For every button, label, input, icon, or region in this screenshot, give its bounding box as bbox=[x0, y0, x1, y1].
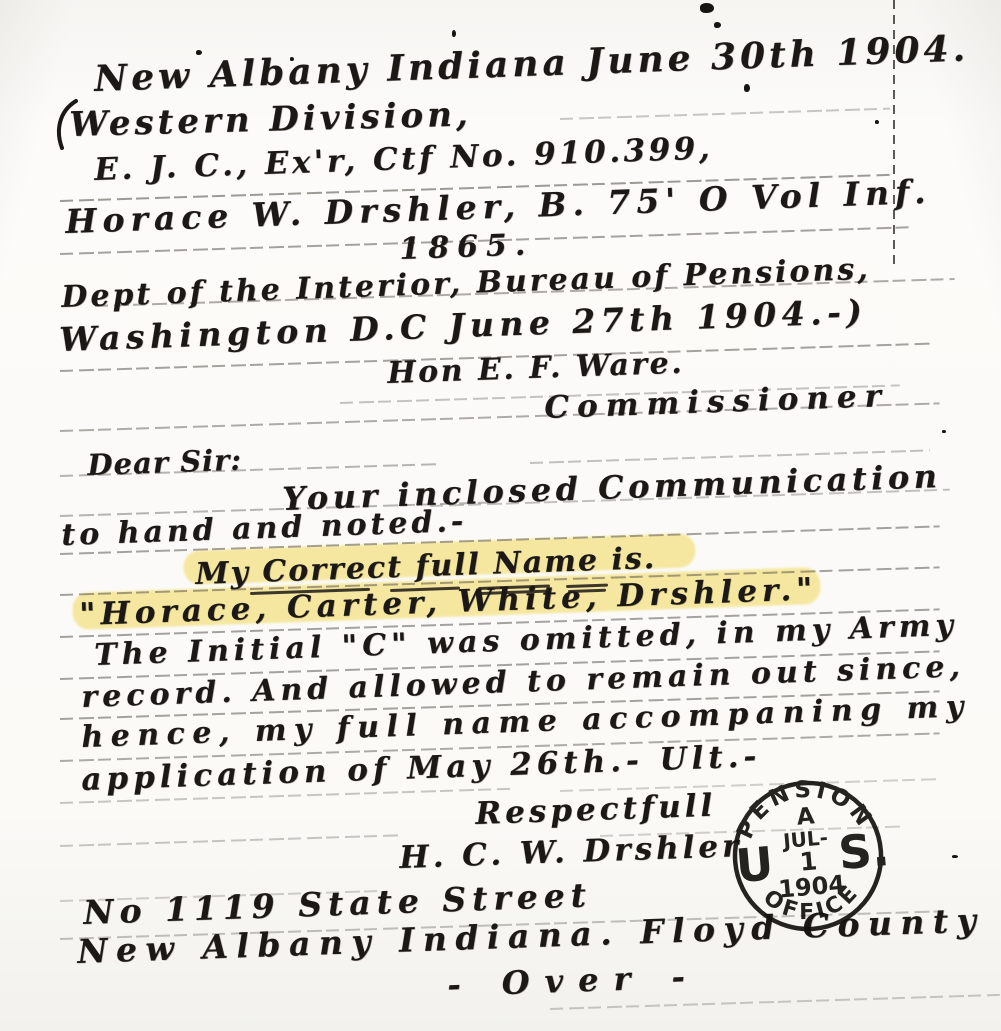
ink-speck bbox=[942, 430, 946, 433]
ink-speck bbox=[452, 30, 456, 37]
letter-addressee: Hon E. F. Ware. bbox=[387, 346, 685, 391]
stamp-country-right: S. bbox=[836, 822, 891, 880]
ink-speck bbox=[875, 120, 879, 124]
scanned-pension-letter: New Albany Indiana June 30th 1904. Weste… bbox=[0, 0, 1001, 1031]
ink-speck bbox=[744, 84, 750, 92]
letter-signature: H. C. W. Drshler bbox=[399, 828, 743, 876]
letter-closing: Respectfull bbox=[475, 788, 717, 832]
letter-salutation: Dear Sir: bbox=[87, 443, 243, 482]
pension-office-stamp: PENSION OFFICE U S. A JUL- 1 1904 bbox=[708, 756, 907, 955]
stamp-country-left: U bbox=[734, 836, 776, 893]
ink-speck bbox=[700, 3, 714, 13]
ruled-line bbox=[560, 108, 890, 120]
letter-dateline: New Albany Indiana June 30th 1904. bbox=[94, 27, 970, 100]
ink-speck bbox=[196, 50, 202, 55]
ink-speck bbox=[952, 855, 958, 858]
letter-page-note: - Over - bbox=[447, 957, 701, 1004]
ink-speck bbox=[714, 22, 721, 28]
ruled-line bbox=[60, 834, 400, 847]
letter-service-year: 1865. bbox=[399, 227, 534, 267]
letter-division: Western Division, bbox=[69, 94, 472, 145]
ink-speck bbox=[290, 57, 294, 61]
stamp-date-year: 1904 bbox=[777, 870, 846, 904]
letter-addressee-title: Commissioner bbox=[544, 378, 890, 426]
